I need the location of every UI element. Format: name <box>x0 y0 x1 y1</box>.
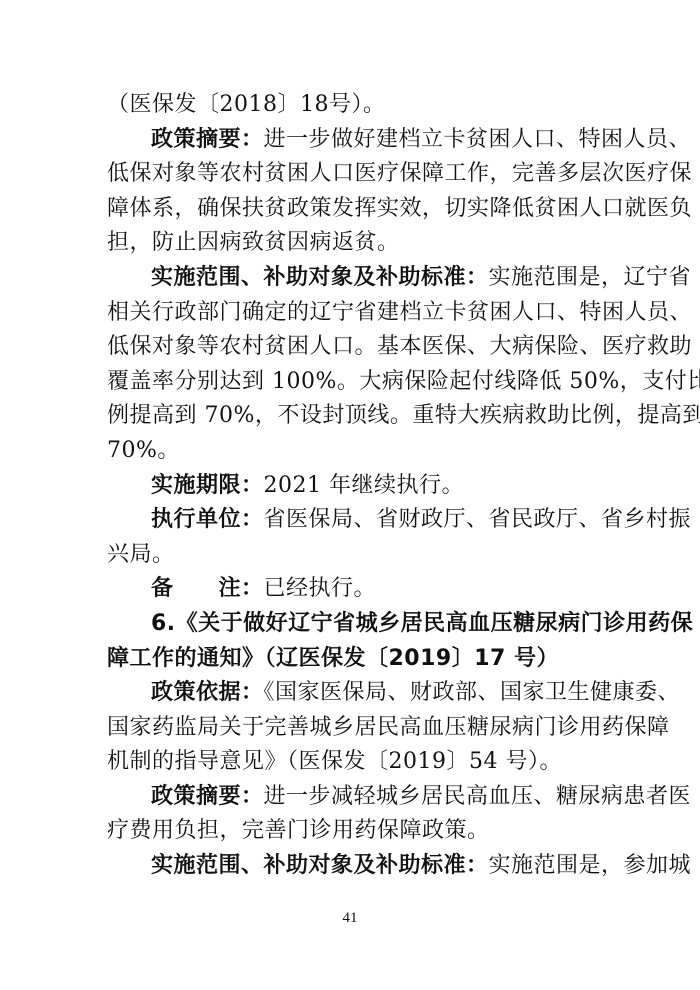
paragraph-text: 低保对象等农村贫困人口医疗保障工作，完善多层次医疗保 <box>107 161 692 186</box>
section-heading: 6.《关于做好辽宁省城乡居民高血压糖尿病门诊用药保 <box>151 611 693 636</box>
text-line: 国家药监局关于完善城乡居民高血压糖尿病门诊用药保障 <box>107 711 595 746</box>
text-line: 政策依据：《国家医保局、财政部、国家卫生健康委、 <box>107 676 595 711</box>
paragraph-text: 70%。 <box>107 438 180 463</box>
field-label: 实施范围、补助对象及补助标准： <box>151 853 489 878</box>
text-line: 政策摘要：进一步做好建档立卡贫困人口、特困人员、 <box>107 123 595 158</box>
paragraph-text: 《国家医保局、财政部、国家卫生健康委、 <box>264 680 681 705</box>
text-line: 低保对象等农村贫困人口。基本医保、大病保险、医疗救助 <box>107 330 595 365</box>
paragraph-text: 障体系，确保扶贫政策发挥实效，切实降低贫困人口就医负 <box>107 196 692 221</box>
field-label: 政策摘要： <box>151 127 264 152</box>
paragraph-text: 已经执行。 <box>264 576 377 601</box>
text-line: 实施范围、补助对象及补助标准：实施范围是，辽宁省 <box>107 261 595 296</box>
text-line: 例提高到 70%，不设封顶线。重特大疾病救助比例，提高到 <box>107 399 595 434</box>
text-line: 相关行政部门确定的辽宁省建档立卡贫困人口、特困人员、 <box>107 296 595 331</box>
text-line: 6.《关于做好辽宁省城乡居民高血压糖尿病门诊用药保 <box>107 607 595 642</box>
section-heading: 障工作的通知》（辽医保发〔2019〕17 号） <box>107 646 559 671</box>
paragraph-text: 疗费用负担，完善门诊用药保障政策。 <box>107 818 490 843</box>
paragraph-text: 担，防止因病致贫因病返贫。 <box>107 230 400 255</box>
paragraph-text: 实施范围是，辽宁省 <box>489 265 692 290</box>
text-line: （医保发〔2018〕18号）。 <box>107 88 595 123</box>
paragraph-text: 例提高到 70%，不设封顶线。重特大疾病救助比例，提高到 <box>107 403 700 428</box>
paragraph-text: 国家药监局关于完善城乡居民高血压糖尿病门诊用药保障 <box>107 715 670 740</box>
field-label: 实施范围、补助对象及补助标准： <box>151 265 489 290</box>
document-page: （医保发〔2018〕18号）。政策摘要：进一步做好建档立卡贫困人口、特困人员、低… <box>107 88 595 884</box>
field-label: 实施期限： <box>151 473 264 498</box>
paragraph-text: 2021 年继续执行。 <box>264 473 464 498</box>
field-label: 执行单位： <box>151 507 264 532</box>
field-label: 备 注： <box>151 576 264 601</box>
paragraph-text: 相关行政部门确定的辽宁省建档立卡贫困人口、特困人员、 <box>107 300 692 325</box>
paragraph-text: 进一步减轻城乡居民高血压、糖尿病患者医 <box>264 784 692 809</box>
paragraph-text: （医保发〔2018〕18号）。 <box>107 92 385 117</box>
text-line: 实施期限：2021 年继续执行。 <box>107 469 595 504</box>
text-line: 机制的指导意见》（医保发〔2019〕54 号）。 <box>107 745 595 780</box>
text-line: 兴局。 <box>107 538 595 573</box>
paragraph-text: 覆盖率分别达到 100%。大病保险起付线降低 50%，支付比 <box>107 369 700 394</box>
paragraph-text: 兴局。 <box>107 542 175 567</box>
text-line: 障体系，确保扶贫政策发挥实效，切实降低贫困人口就医负 <box>107 192 595 227</box>
text-line: 担，防止因病致贫因病返贫。 <box>107 226 595 261</box>
text-line: 低保对象等农村贫困人口医疗保障工作，完善多层次医疗保 <box>107 157 595 192</box>
text-line: 70%。 <box>107 434 595 469</box>
field-label: 政策依据： <box>151 680 264 705</box>
field-label: 政策摘要： <box>151 784 264 809</box>
paragraph-text: 低保对象等农村贫困人口。基本医保、大病保险、医疗救助 <box>107 334 692 359</box>
paragraph-text: 机制的指导意见》（医保发〔2019〕54 号）。 <box>107 749 562 774</box>
text-line: 政策摘要：进一步减轻城乡居民高血压、糖尿病患者医 <box>107 780 595 815</box>
text-line: 执行单位：省医保局、省财政厅、省民政厅、省乡村振 <box>107 503 595 538</box>
text-line: 障工作的通知》（辽医保发〔2019〕17 号） <box>107 642 595 677</box>
paragraph-text: 省医保局、省财政厅、省民政厅、省乡村振 <box>264 507 692 532</box>
text-line: 备 注：已经执行。 <box>107 572 595 607</box>
paragraph-text: 实施范围是，参加城 <box>489 853 692 878</box>
text-line: 覆盖率分别达到 100%。大病保险起付线降低 50%，支付比 <box>107 365 595 400</box>
text-line: 实施范围、补助对象及补助标准：实施范围是，参加城 <box>107 849 595 884</box>
text-line: 疗费用负担，完善门诊用药保障政策。 <box>107 814 595 849</box>
page-number: 41 <box>0 910 700 927</box>
paragraph-text: 进一步做好建档立卡贫困人口、特困人员、 <box>264 127 692 152</box>
